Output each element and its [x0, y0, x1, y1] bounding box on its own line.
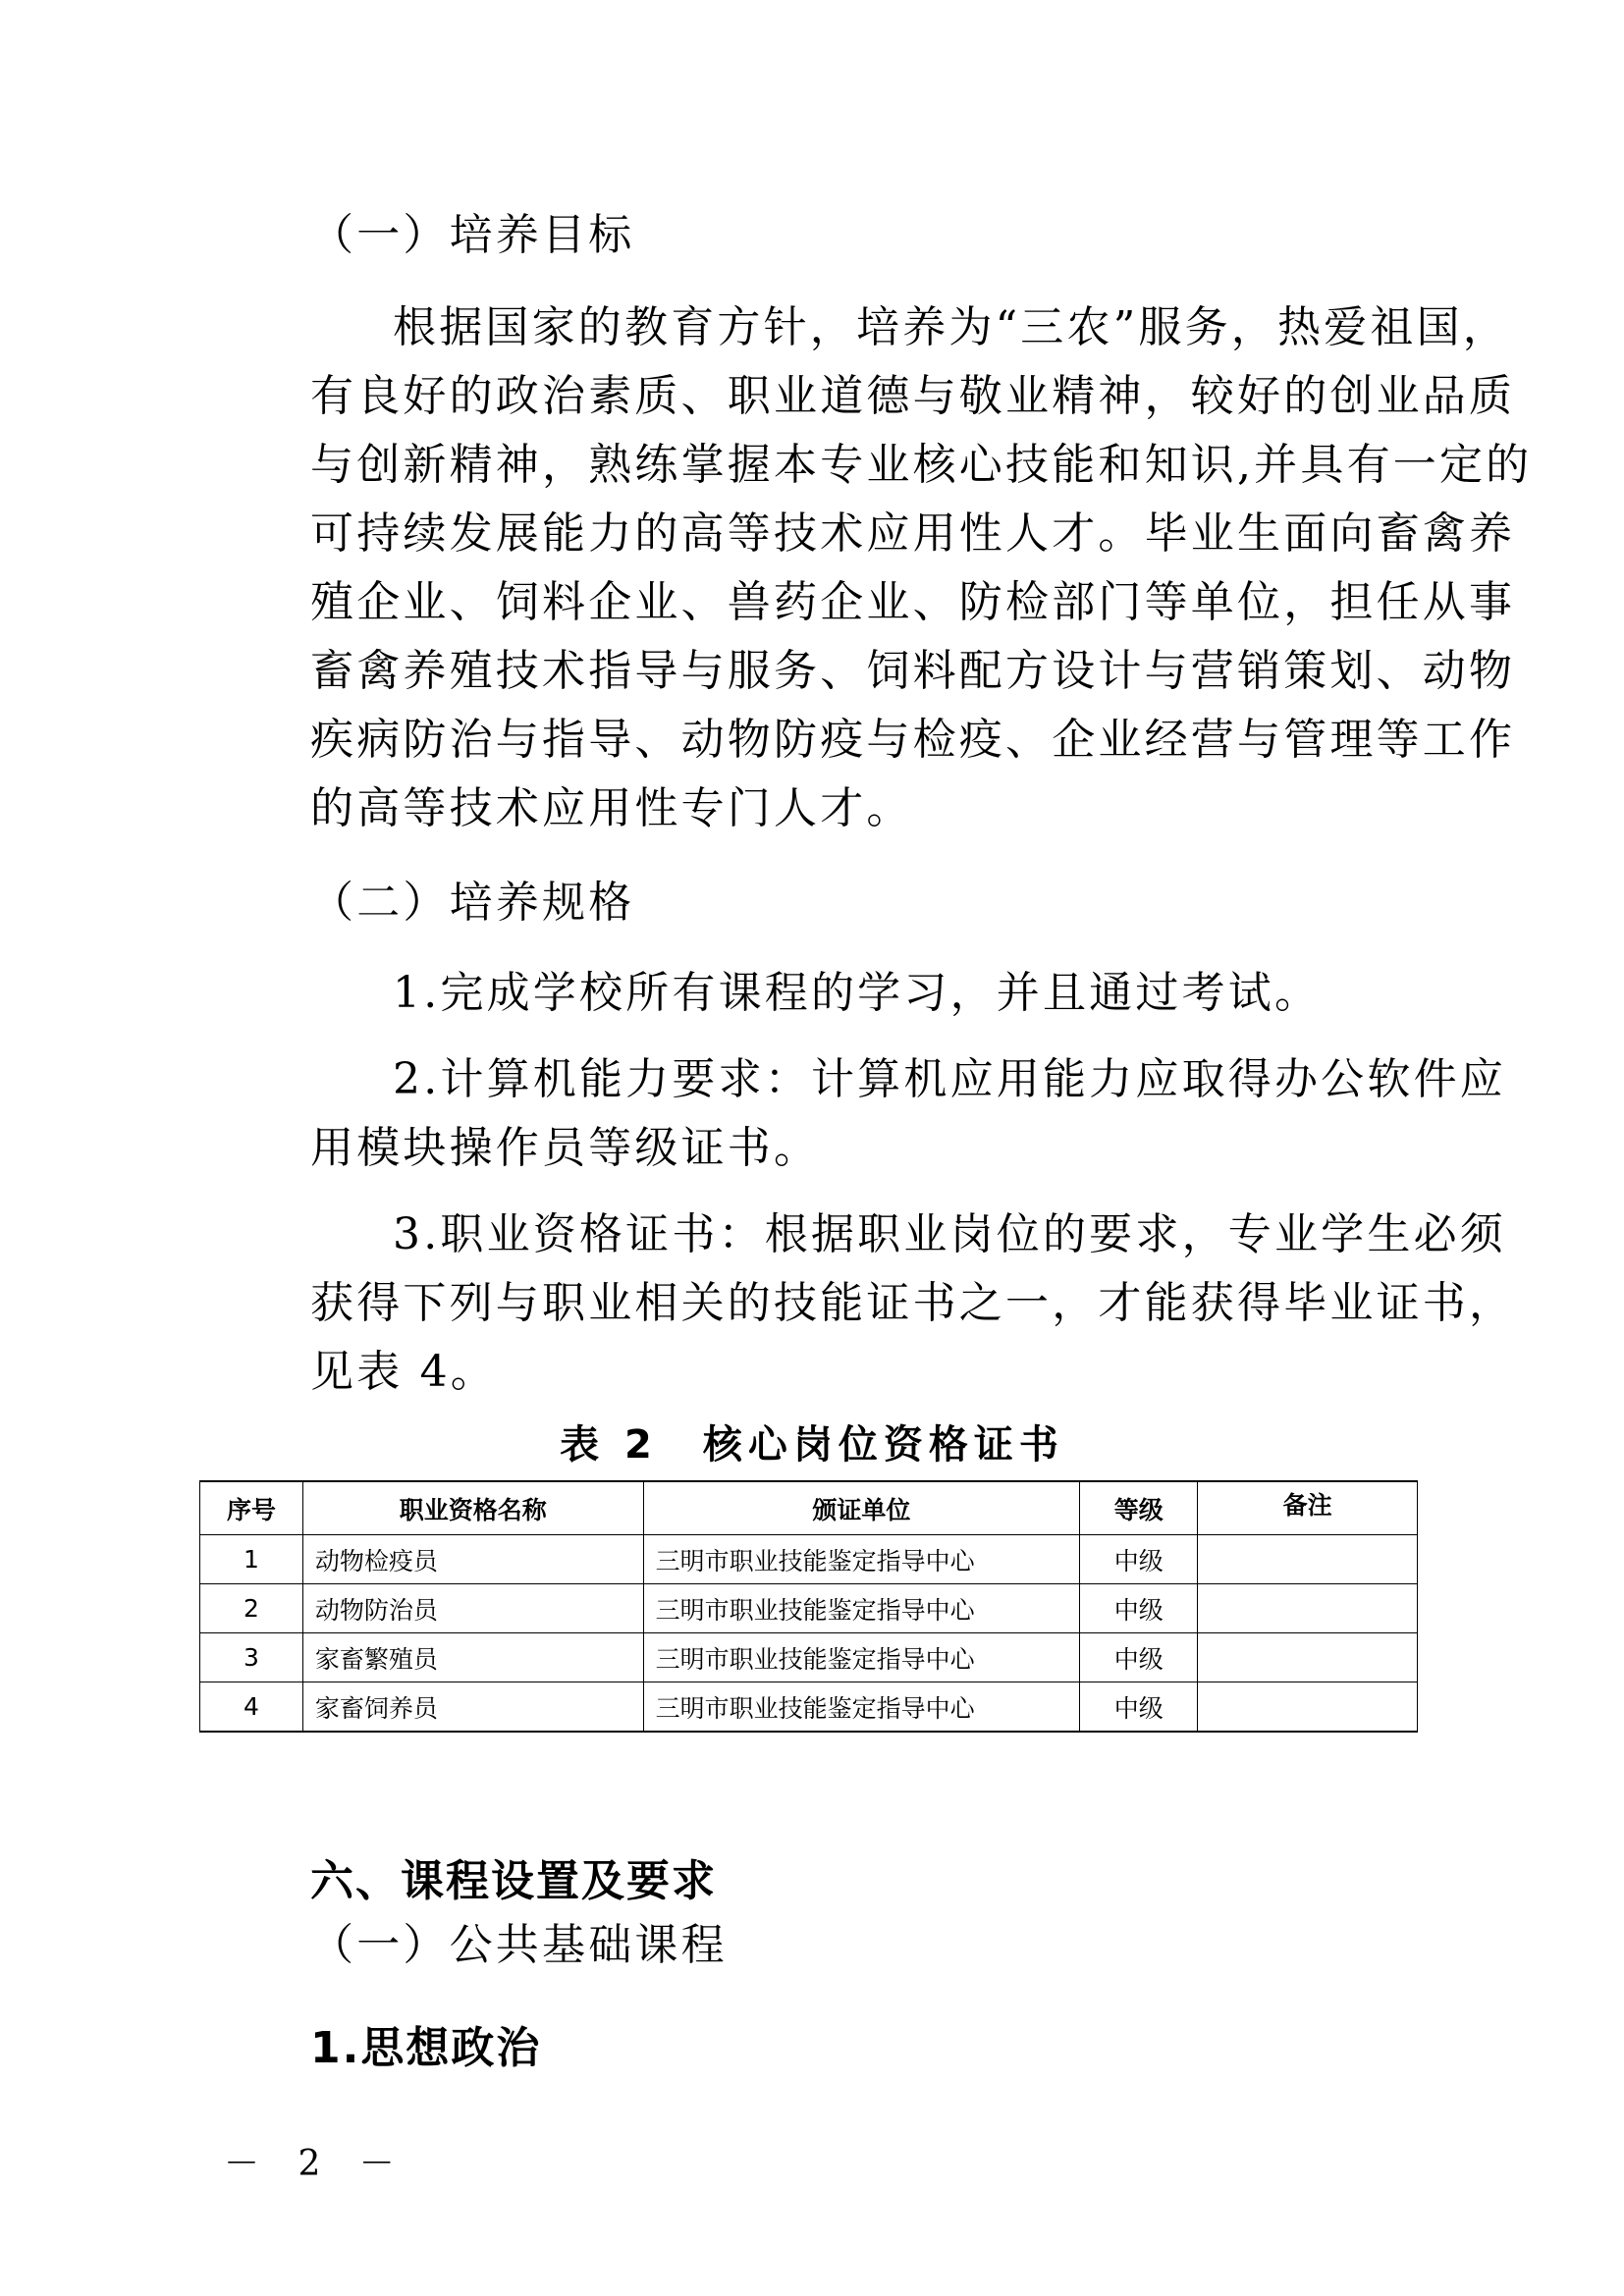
cell-name: 家畜繁殖员	[302, 1633, 643, 1682]
table-row: 3 家畜繁殖员 三明市职业技能鉴定指导中心 中级	[200, 1633, 1418, 1682]
cell-name: 动物检疫员	[302, 1535, 643, 1584]
table-row: 1 动物检疫员 三明市职业技能鉴定指导中心 中级	[200, 1535, 1418, 1584]
cell-remarks	[1198, 1682, 1418, 1733]
cell-level: 中级	[1080, 1682, 1198, 1733]
table-header-row: 序号 职业资格名称 颁证单位 等级 备注	[200, 1481, 1418, 1535]
paragraph-line: 殖企业、饲料企业、兽药企业、防检部门等单位，担任从事	[310, 581, 1515, 624]
cell-index: 2	[200, 1584, 303, 1633]
section-heading-training-specs: （二）培养规格	[310, 881, 634, 925]
table-row: 2 动物防治员 三明市职业技能鉴定指导中心 中级	[200, 1584, 1418, 1633]
table-caption: 表 2 核心岗位资格证书	[0, 1414, 1624, 1469]
section-heading-public-courses: （一）公共基础课程	[310, 1924, 728, 1967]
cell-index: 3	[200, 1633, 303, 1682]
header-issuing-unit: 颁证单位	[643, 1481, 1080, 1535]
page-number: － 2 －	[224, 2136, 408, 2186]
spec-line: 用模块操作员等级证书。	[310, 1127, 820, 1170]
cell-level: 中级	[1080, 1535, 1198, 1584]
certificate-table: 序号 职业资格名称 颁证单位 等级 备注 1 动物检疫员 三明市职业技能鉴定指导…	[199, 1480, 1418, 1733]
cell-unit: 三明市职业技能鉴定指导中心	[643, 1682, 1080, 1733]
cell-remarks	[1198, 1633, 1418, 1682]
cell-remarks	[1198, 1584, 1418, 1633]
section-heading-training-objective: （一）培养目标	[310, 214, 634, 257]
cell-level: 中级	[1080, 1633, 1198, 1682]
cell-remarks	[1198, 1535, 1418, 1584]
course-item-ideology-politics: 1.思想政治	[310, 2012, 541, 2075]
cell-name: 动物防治员	[302, 1584, 643, 1633]
header-remarks: 备注	[1198, 1481, 1418, 1535]
spec-line: 3.职业资格证书：根据职业岗位的要求，专业学生必须	[393, 1213, 1506, 1256]
header-index: 序号	[200, 1481, 303, 1535]
cell-index: 4	[200, 1682, 303, 1733]
paragraph-line: 根据国家的教育方针，培养为“三农”服务，热爱祖国，	[393, 306, 1509, 349]
spec-line: 1.完成学校所有课程的学习，并且通过考试。	[393, 972, 1321, 1015]
cell-unit: 三明市职业技能鉴定指导中心	[643, 1633, 1080, 1682]
paragraph-line: 可持续发展能力的高等技术应用性人才。毕业生面向畜禽养	[310, 512, 1515, 556]
chapter-heading-course-setup: 六、课程设置及要求	[310, 1845, 717, 1908]
paragraph-line: 与创新精神，熟练掌握本专业核心技能和知识,并具有一定的	[310, 444, 1532, 487]
table-row: 4 家畜饲养员 三明市职业技能鉴定指导中心 中级	[200, 1682, 1418, 1733]
paragraph-line: 有良好的政治素质、职业道德与敬业精神，较好的创业品质	[310, 375, 1515, 418]
paragraph-line: 畜禽养殖技术指导与服务、饲料配方设计与营销策划、动物	[310, 650, 1515, 693]
paragraph-line: 疾病防治与指导、动物防疫与检疫、企业经营与管理等工作	[310, 719, 1515, 762]
cell-unit: 三明市职业技能鉴定指导中心	[643, 1584, 1080, 1633]
header-qualification-name: 职业资格名称	[302, 1481, 643, 1535]
cell-name: 家畜饲养员	[302, 1682, 643, 1733]
cell-unit: 三明市职业技能鉴定指导中心	[643, 1535, 1080, 1584]
spec-line: 获得下列与职业相关的技能证书之一，才能获得毕业证书，	[310, 1282, 1515, 1325]
cell-level: 中级	[1080, 1584, 1198, 1633]
paragraph-line: 的高等技术应用性专门人才。	[310, 787, 913, 830]
header-level: 等级	[1080, 1481, 1198, 1535]
cell-index: 1	[200, 1535, 303, 1584]
spec-line: 2.计算机能力要求：计算机应用能力应取得办公软件应	[393, 1058, 1506, 1101]
spec-line: 见表 4。	[310, 1351, 497, 1394]
